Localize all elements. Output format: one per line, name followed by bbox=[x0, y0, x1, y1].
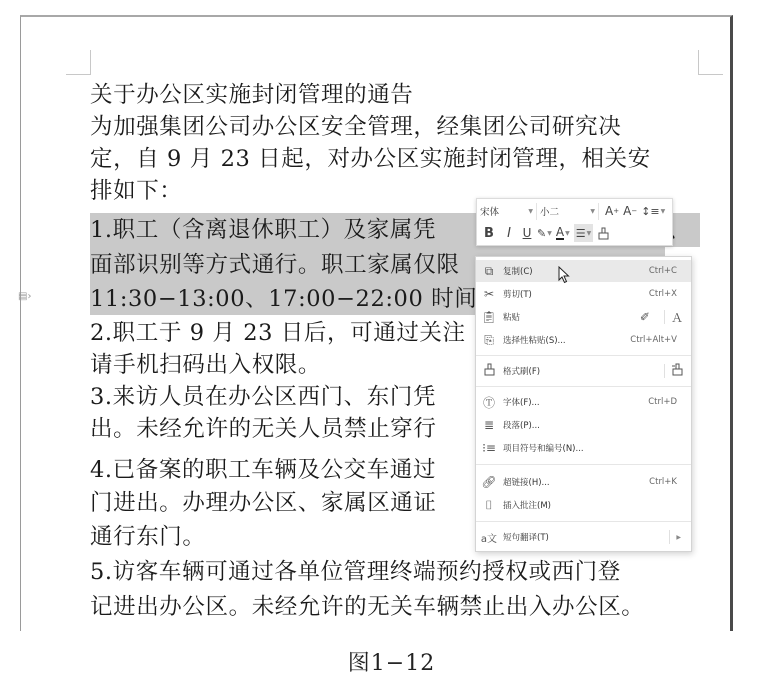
menu-item-format-painter[interactable]: 格式刷(F) bbox=[476, 360, 691, 382]
menu-item-bullets-numbering[interactable]: ⁝≡ 项目符号和编号(N)... bbox=[476, 437, 691, 459]
comment-icon: ⌷ bbox=[477, 498, 501, 513]
doc-line[interactable]: 记进出办公区。未经允许的无关车辆禁止出入办公区。 bbox=[90, 592, 644, 622]
align-button[interactable]: ☰▼ bbox=[574, 224, 594, 242]
figure-caption: 图1−12 bbox=[0, 646, 783, 677]
doc-line[interactable]: 排如下： bbox=[90, 176, 182, 206]
highlight-button[interactable]: ✎▼ bbox=[535, 224, 554, 242]
doc-line[interactable]: 4.已备案的职工车辆及公交车通过 bbox=[90, 455, 436, 485]
menu-separator bbox=[476, 464, 691, 465]
doc-line[interactable]: 为加强集团公司办公区安全管理，经集团公司研究决 bbox=[90, 112, 621, 142]
chevron-right-icon[interactable]: ▶ bbox=[676, 534, 691, 541]
separator bbox=[669, 530, 670, 544]
mouse-pointer-icon bbox=[558, 266, 570, 284]
chevron-down-icon: ▼ bbox=[661, 208, 666, 215]
line-spacing-button[interactable]: ↕≡▼ bbox=[639, 202, 667, 220]
doc-title[interactable]: 关于办公区实施封闭管理的通告 bbox=[90, 80, 413, 110]
doc-line[interactable]: 出。未经允许的无关人员禁止穿行 bbox=[90, 414, 437, 444]
paste-special-icon: ⎘ bbox=[477, 333, 501, 348]
paste-icon: 📋︎ bbox=[477, 310, 501, 324]
menu-item-cut[interactable]: ✂ 剪切(T) Ctrl+X bbox=[476, 283, 691, 305]
italic-button[interactable]: I bbox=[501, 224, 517, 242]
paste-text-only-icon[interactable]: Ａ bbox=[671, 309, 691, 326]
paste-keep-format-icon[interactable]: ✐ bbox=[640, 310, 658, 324]
chevron-down-icon: ▼ bbox=[587, 230, 592, 237]
menu-item-paste[interactable]: 📋︎ 粘贴 ✐ Ａ bbox=[476, 306, 691, 328]
font-icon: Ⓣ bbox=[477, 394, 501, 411]
menu-item-paragraph[interactable]: ≣ 段落(P)... bbox=[476, 414, 691, 436]
menu-separator bbox=[476, 355, 691, 356]
doc-line[interactable]: 通行东门。 bbox=[90, 522, 206, 552]
chevron-down-icon: ▼ bbox=[565, 230, 570, 237]
format-painter-lock-icon[interactable] bbox=[671, 363, 691, 379]
doc-line[interactable]: 5.访客车辆可通过各单位管理终端预约授权或西门登 bbox=[90, 557, 621, 587]
paragraph-layout-icon[interactable]: ▤› bbox=[18, 291, 31, 302]
font-name-select[interactable]: 宋体 ▼ bbox=[477, 203, 537, 220]
font-size-value: 小二 bbox=[540, 204, 559, 218]
shrink-font-button[interactable]: A− bbox=[621, 202, 639, 220]
doc-line[interactable]: 2.职工于 9 月 23 日后，可通过关注 bbox=[90, 318, 466, 348]
doc-line-selected[interactable]: 11:30−13:00、17:00−22:00 时间 bbox=[90, 284, 477, 314]
bullets-icon: ⁝≡ bbox=[477, 441, 501, 455]
menu-item-insert-comment[interactable]: ⌷ 插入批注(M) bbox=[476, 494, 691, 516]
chevron-down-icon: ▼ bbox=[547, 230, 552, 237]
doc-line-selected[interactable]: 面部识别等方式通行。职工家属仅限 bbox=[90, 250, 460, 280]
doc-line[interactable]: 3.来访人员在办公区西门、东门凭 bbox=[90, 382, 436, 412]
doc-line[interactable]: 定，自 9 月 23 日起，对办公区实施封闭管理，相关安 bbox=[90, 144, 651, 174]
chevron-down-icon: ▼ bbox=[528, 208, 533, 215]
separator bbox=[664, 310, 665, 324]
font-color-icon: A bbox=[556, 226, 564, 240]
line-spacing-icon: ↕≡ bbox=[641, 205, 659, 218]
hyperlink-icon: 🔗︎ bbox=[477, 475, 501, 489]
underline-button[interactable]: U bbox=[519, 224, 535, 242]
doc-line[interactable]: 门进出。办理办公区、家属区通证 bbox=[90, 488, 437, 518]
menu-item-paste-special[interactable]: ⎘ 选择性粘贴(S)... Ctrl+Alt+V bbox=[476, 329, 691, 351]
menu-item-translate[interactable]: a文 短句翻译(T) ▶ bbox=[476, 526, 691, 548]
context-menu: ⧉ 复制(C) Ctrl+C ✂ 剪切(T) Ctrl+X 📋︎ 粘贴 ✐ Ａ … bbox=[475, 256, 692, 552]
mini-format-toolbar: 宋体 ▼ 小二 ▼ A+ A− ↕≡▼ B I U ✎▼ A▼ ☰▼ bbox=[476, 198, 673, 246]
format-painter-icon bbox=[598, 227, 609, 240]
margin-corner-top-right bbox=[698, 50, 723, 75]
chevron-down-icon: ▼ bbox=[590, 208, 595, 215]
format-painter-button[interactable] bbox=[595, 224, 611, 242]
bold-button[interactable]: B bbox=[481, 224, 497, 242]
menu-separator bbox=[476, 386, 691, 387]
font-color-button[interactable]: A▼ bbox=[554, 224, 572, 242]
separator bbox=[664, 364, 665, 378]
menu-separator bbox=[476, 521, 691, 522]
copy-icon: ⧉ bbox=[477, 264, 501, 279]
doc-line[interactable]: 请手机扫码出入权限。 bbox=[90, 350, 321, 380]
paragraph-icon: ≣ bbox=[477, 418, 501, 432]
cut-icon: ✂ bbox=[477, 287, 501, 301]
format-painter-icon bbox=[477, 363, 501, 379]
menu-item-font[interactable]: Ⓣ 字体(F)... Ctrl+D bbox=[476, 391, 691, 413]
menu-item-hyperlink[interactable]: 🔗︎ 超链接(H)... Ctrl+K bbox=[476, 471, 691, 493]
align-left-icon: ☰ bbox=[576, 227, 586, 240]
doc-line-selected[interactable]: 1.职工（含离退休职工）及家属凭 bbox=[90, 215, 436, 245]
font-size-select[interactable]: 小二 ▼ bbox=[537, 203, 599, 220]
translate-icon: a文 bbox=[477, 530, 501, 545]
font-name-value: 宋体 bbox=[480, 204, 499, 218]
margin-corner-top-left bbox=[66, 50, 91, 75]
grow-font-button[interactable]: A+ bbox=[603, 202, 621, 220]
menu-item-copy[interactable]: ⧉ 复制(C) Ctrl+C bbox=[476, 260, 691, 282]
highlighter-pen-icon: ✎ bbox=[537, 227, 546, 240]
